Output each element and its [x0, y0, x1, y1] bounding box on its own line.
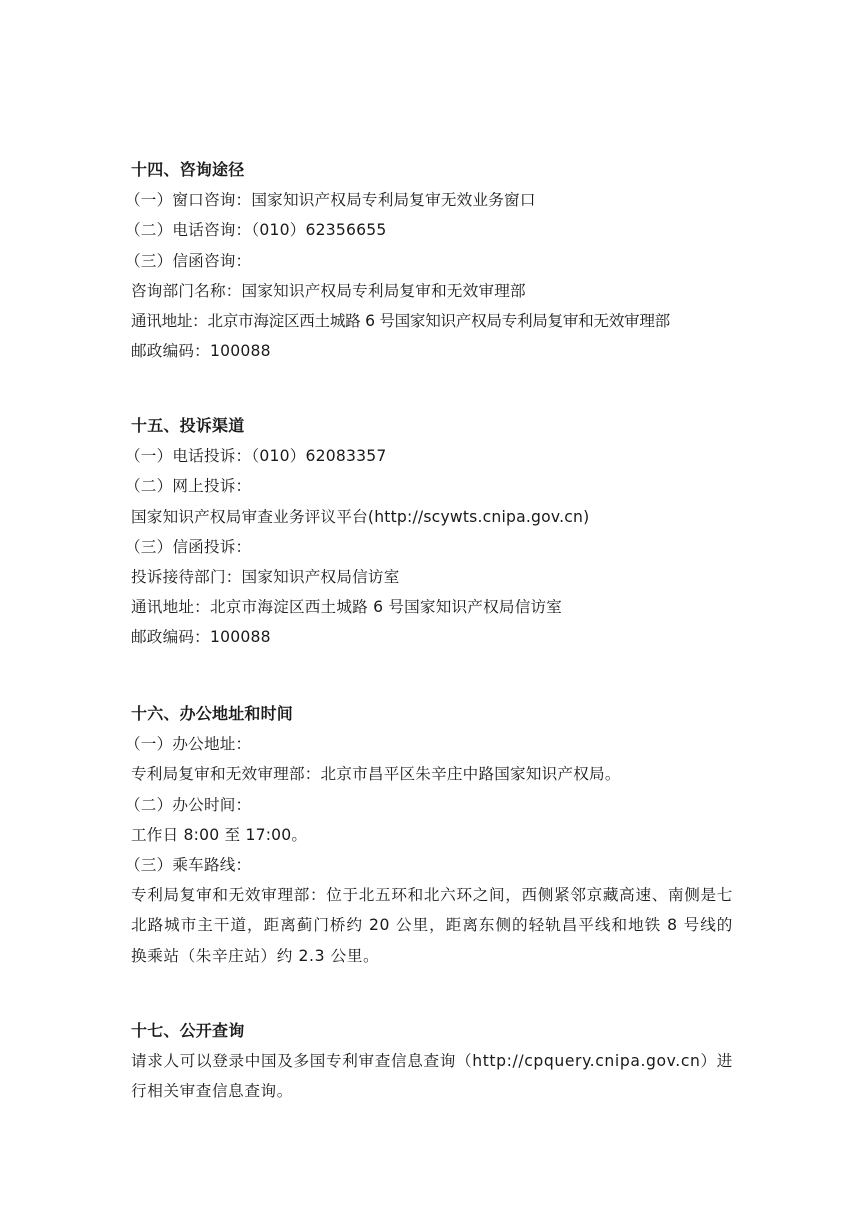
text-line: 咨询部门名称：国家知识产权局专利局复审和无效审理部 [131, 276, 733, 306]
text-line: 邮政编码：100088 [131, 622, 733, 652]
text-line: （三）信函投诉： [125, 532, 733, 562]
text-line: （二）办公时间： [125, 790, 733, 820]
section-heading: 十七、公开查询 [131, 1016, 733, 1046]
section-heading: 十五、投诉渠道 [131, 411, 733, 441]
text-line: 工作日 8:00 至 17:00。 [131, 820, 733, 850]
query-paragraph: 请求人可以登录中国及多国专利审查信息查询（http://cpquery.cnip… [131, 1046, 733, 1106]
text-line: （一）窗口咨询：国家知识产权局专利局复审无效业务窗口 [125, 185, 733, 215]
text-line: 通讯地址：北京市海淀区西土城路 6 号国家知识产权局专利局复审和无效审理部 [131, 306, 733, 336]
text-line: 投诉接待部门：国家知识产权局信访室 [131, 562, 733, 592]
text-line: （三）信函咨询： [125, 246, 733, 276]
section-consultation: 十四、咨询途径 （一）窗口咨询：国家知识产权局专利局复审无效业务窗口 （二）电话… [131, 155, 733, 366]
text-line: （二）电话咨询：（010）62356655 [125, 215, 733, 245]
text-line: 通讯地址：北京市海淀区西土城路 6 号国家知识产权局信访室 [131, 592, 733, 622]
section-office-address-time: 十六、办公地址和时间 （一）办公地址： 专利局复审和无效审理部：北京市昌平区朱辛… [131, 699, 733, 971]
text-line: （一）办公地址： [125, 729, 733, 759]
section-heading: 十四、咨询途径 [131, 155, 733, 185]
section-public-query: 十七、公开查询 请求人可以登录中国及多国专利审查信息查询（http://cpqu… [131, 1016, 733, 1107]
complaint-platform-link: 国家知识产权局审查业务评议平台(http://scywts.cnipa.gov.… [131, 502, 733, 532]
text-line: （二）网上投诉： [125, 471, 733, 501]
section-heading: 十六、办公地址和时间 [131, 699, 733, 729]
route-paragraph: 专利局复审和无效审理部：位于北五环和北六环之间，西侧紧邻京藏高速、南侧是七北路城… [131, 880, 733, 971]
text-line: 邮政编码：100088 [131, 336, 733, 366]
text-line: （一）电话投诉：（010）62083357 [125, 441, 733, 471]
text-line: 专利局复审和无效审理部：北京市昌平区朱辛庄中路国家知识产权局。 [131, 759, 733, 789]
section-complaint: 十五、投诉渠道 （一）电话投诉：（010）62083357 （二）网上投诉： 国… [131, 411, 733, 653]
text-line: （三）乘车路线： [125, 850, 733, 880]
